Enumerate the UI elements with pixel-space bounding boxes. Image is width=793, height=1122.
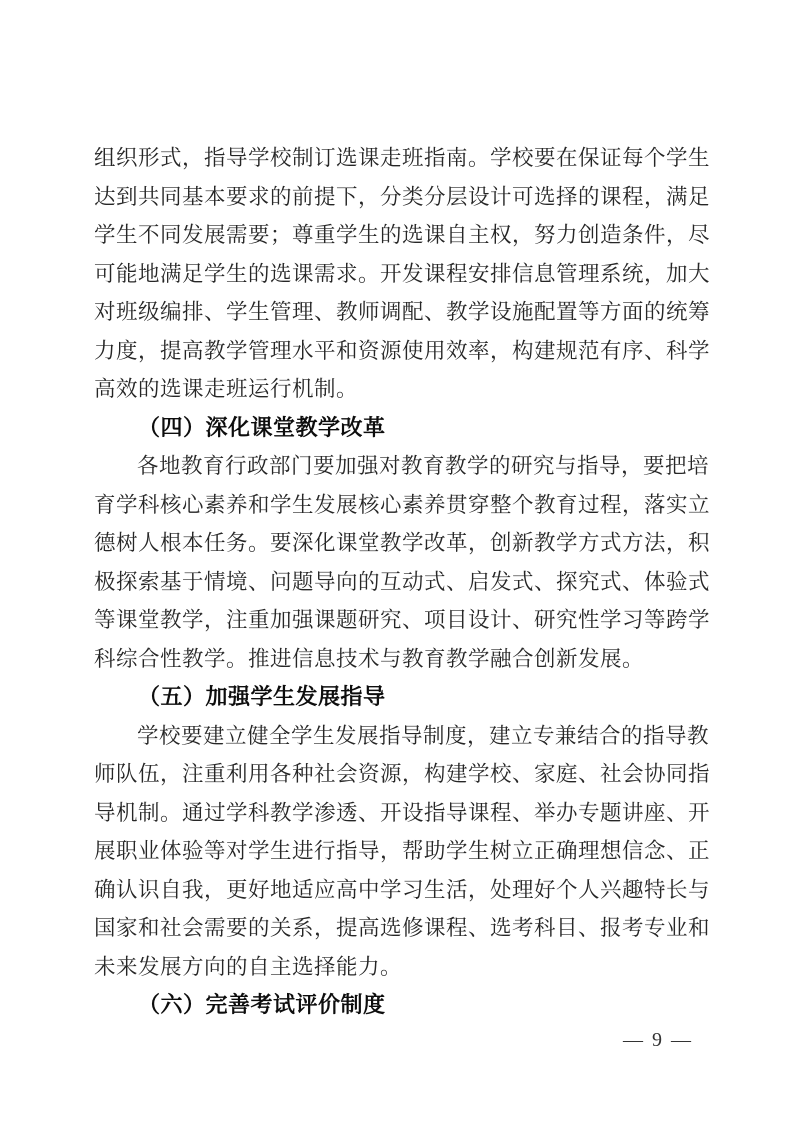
paragraph-line: 导机制。通过学科教学渗透、开设指导课程、举办专题讲座、开 [94, 794, 706, 833]
paragraph-line: 学生不同发展需要；尊重学生的选课自主权，努力创造条件，尽 [94, 216, 706, 255]
paragraph: 各地教育行政部门要加强对教育教学的研究与指导，要把培 育学科核心素养和学生发展核… [94, 447, 706, 678]
paragraph-line: 力度，提高教学管理水平和资源使用效率，构建规范有序、科学 [94, 332, 706, 371]
paragraph-line: 可能地满足学生的选课需求。开发课程安排信息管理系统，加大 [94, 255, 706, 294]
paragraph-line: 德树人根本任务。要深化课堂教学改革，创新教学方式方法，积 [94, 524, 706, 563]
paragraph-line: 高效的选课走班运行机制。 [94, 370, 706, 409]
paragraph-line: 组织形式，指导学校制订选课走班指南。学校要在保证每个学生 [94, 139, 706, 178]
paragraph-line: 科综合性教学。推进信息技术与教育教学融合创新发展。 [94, 640, 706, 679]
paragraph-line: 达到共同基本要求的前提下，分类分层设计可选择的课程，满足 [94, 178, 706, 217]
paragraph-line: 师队伍，注重利用各种社会资源，构建学校、家庭、社会协同指 [94, 755, 706, 794]
paragraph-line: 学校要建立健全学生发展指导制度，建立专兼结合的指导教 [94, 717, 706, 756]
paragraph: 学校要建立健全学生发展指导制度，建立专兼结合的指导教 师队伍，注重利用各种社会资… [94, 717, 706, 987]
paragraph-line: 对班级编排、学生管理、教师调配、教学设施配置等方面的统筹 [94, 293, 706, 332]
paragraph: 组织形式，指导学校制订选课走班指南。学校要在保证每个学生 达到共同基本要求的前提… [94, 139, 706, 409]
section-heading-5: （五）加强学生发展指导 [94, 678, 706, 717]
section-heading-4: （四）深化课堂教学改革 [94, 409, 706, 448]
paragraph-line: 国家和社会需要的关系，提高选修课程、选考科目、报考专业和 [94, 909, 706, 948]
document-body: 组织形式，指导学校制订选课走班指南。学校要在保证每个学生 达到共同基本要求的前提… [94, 139, 706, 1025]
paragraph-line: 育学科核心素养和学生发展核心素养贯穿整个教育过程，落实立 [94, 486, 706, 525]
paragraph-line: 各地教育行政部门要加强对教育教学的研究与指导，要把培 [94, 447, 706, 486]
document-page: 组织形式，指导学校制订选课走班指南。学校要在保证每个学生 达到共同基本要求的前提… [0, 0, 793, 1122]
paragraph-line: 极探索基于情境、问题导向的互动式、启发式、探究式、体验式 [94, 563, 706, 602]
paragraph-line: 未来发展方向的自主选择能力。 [94, 948, 706, 987]
section-heading-6: （六）完善考试评价制度 [94, 986, 706, 1025]
paragraph-line: 展职业体验等对学生进行指导，帮助学生树立正确理想信念、正 [94, 832, 706, 871]
paragraph-line: 等课堂教学，注重加强课题研究、项目设计、研究性学习等跨学 [94, 601, 706, 640]
paragraph-line: 确认识自我，更好地适应高中学习生活，处理好个人兴趣特长与 [94, 871, 706, 910]
page-number: — 9 — [623, 1026, 693, 1054]
